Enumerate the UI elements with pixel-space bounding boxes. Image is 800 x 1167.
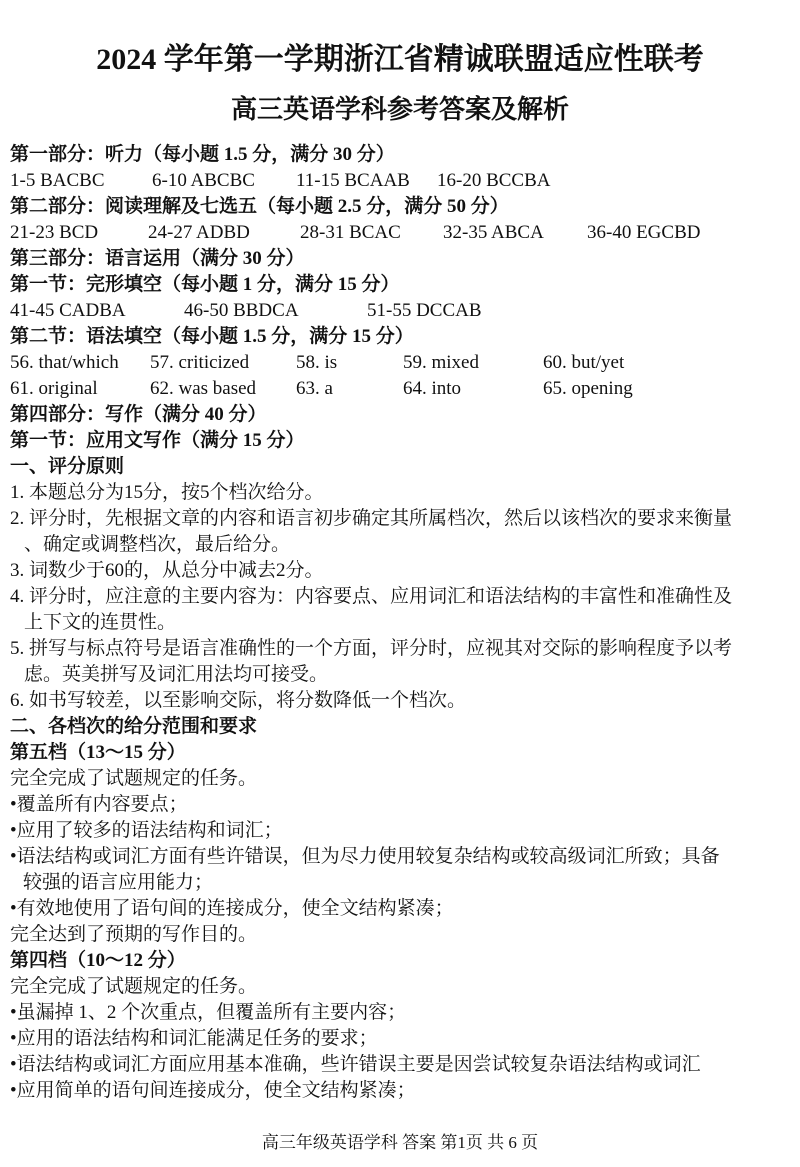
answer-group: 16-20 BCCBA xyxy=(437,168,551,194)
answer-item: 57. criticized xyxy=(150,350,296,376)
answer-group: 41-45 CADBA xyxy=(10,298,184,324)
part1-header: 第一部分：听力（每小题 1.5 分，满分 30 分） xyxy=(10,142,790,168)
grammar-answers-row-2: 61. original62. was based63. a64. into65… xyxy=(10,376,790,402)
band5-intro: 完全完成了试题规定的任务。 xyxy=(10,766,790,792)
part4-section1-header: 第一节：应用文写作（满分 15 分） xyxy=(10,428,790,454)
document-body: 第一部分：听力（每小题 1.5 分，满分 30 分） 1-5 BACBC6-10… xyxy=(0,142,800,1104)
part1-answers-row: 1-5 BACBC6-10 ABCBC11-15 BCAAB16-20 BCCB… xyxy=(10,168,790,194)
bullet-text: 语法结构或词汇方面有些许错误，但为尽力使用较复杂结构或较高级词汇所致；具备 xyxy=(17,846,720,867)
scoring-line: 1. 本题总分为15分，按5个档次给分。 xyxy=(10,480,790,506)
answer-group: 6-10 ABCBC xyxy=(152,168,296,194)
band4-bullet-line: •语法结构或词汇方面应用基本准确，些许错误主要是因尝试较复杂语法结构或词汇 xyxy=(10,1052,790,1078)
page-subtitle: 高三英语学科参考答案及解析 xyxy=(0,94,800,126)
scoring-line: 2. 评分时，先根据文章的内容和语言初步确定其所属档次，然后以该档次的要求来衡量 xyxy=(10,506,790,532)
band5-bullet-line: •有效地使用了语句间的连接成分，使全文结构紧凑； xyxy=(10,896,790,922)
scoring-principles-heading: 一、评分原则 xyxy=(10,454,790,480)
bullet-icon: • xyxy=(10,1028,17,1049)
grade-bands-heading: 二、各档次的给分范围和要求 xyxy=(10,714,790,740)
band5-bullet-continuation: 较强的语言应用能力； xyxy=(10,870,790,896)
bullet-icon: • xyxy=(10,898,17,919)
band4-bullet-line: •应用简单的语句间连接成分，使全文结构紧凑； xyxy=(10,1078,790,1104)
part2-answers-row: 21-23 BCD24-27 ADBD28-31 BCAC32-35 ABCA3… xyxy=(10,220,790,246)
answer-sheet-page: 2024 学年第一学期浙江省精诚联盟适应性联考 高三英语学科参考答案及解析 第一… xyxy=(0,0,800,1167)
bullet-text: 有效地使用了语句间的连接成分，使全文结构紧凑； xyxy=(17,898,454,919)
scoring-line: 4. 评分时，应注意的主要内容为：内容要点、应用词汇和语法结构的丰富性和准确性及 xyxy=(10,584,790,610)
part3-section1-answers-row: 41-45 CADBA46-50 BBDCA51-55 DCCAB xyxy=(10,298,790,324)
answer-group: 28-31 BCAC xyxy=(300,220,443,246)
bullet-text: 应用的语法结构和词汇能满足任务的要求； xyxy=(17,1028,378,1049)
band4-intro: 完全完成了试题规定的任务。 xyxy=(10,974,790,1000)
part3-section1-header: 第一节：完形填空（每小题 1 分，满分 15 分） xyxy=(10,272,790,298)
band5-bullet-line: •语法结构或词汇方面有些许错误，但为尽力使用较复杂结构或较高级词汇所致；具备 xyxy=(10,844,790,870)
band5-bullet-line: •覆盖所有内容要点； xyxy=(10,792,790,818)
bullet-text: 应用了较多的语法结构和词汇； xyxy=(17,820,283,841)
bullet-text: 覆盖所有内容要点； xyxy=(17,794,188,815)
band4-bullet-line: •应用的语法结构和词汇能满足任务的要求； xyxy=(10,1026,790,1052)
band5-outro: 完全达到了预期的写作目的。 xyxy=(10,922,790,948)
bullet-text: 虽漏掉 1、2 个次重点，但覆盖所有主要内容； xyxy=(17,1002,407,1023)
scoring-line-continuation: 上下文的连贯性。 xyxy=(10,610,790,636)
answer-item: 60. but/yet xyxy=(543,350,624,376)
scoring-line-continuation: 、确定或调整档次，最后给分。 xyxy=(10,532,790,558)
answer-group: 21-23 BCD xyxy=(10,220,148,246)
bullet-text: 语法结构或词汇方面应用基本准确，些许错误主要是因尝试较复杂语法结构或词汇 xyxy=(17,1054,701,1075)
band5-title: 第五档（13～15 分） xyxy=(10,740,790,766)
answer-group: 1-5 BACBC xyxy=(10,168,152,194)
page-footer: 高三年级英语学科 答案 第1页 共 6 页 xyxy=(0,1128,800,1153)
scoring-line: 6. 如书写较差，以至影响交际，将分数降低一个档次。 xyxy=(10,688,790,714)
answer-group: 36-40 EGCBD xyxy=(587,220,700,246)
part2-header: 第二部分：阅读理解及七选五（每小题 2.5 分，满分 50 分） xyxy=(10,194,790,220)
bullet-icon: • xyxy=(10,1080,17,1101)
answer-item: 58. is xyxy=(296,350,403,376)
part4-header: 第四部分：写作（满分 40 分） xyxy=(10,402,790,428)
scoring-line: 5. 拼写与标点符号是语言准确性的一个方面，评分时，应视其对交际的影响程度予以考 xyxy=(10,636,790,662)
answer-group: 46-50 BBDCA xyxy=(184,298,367,324)
grammar-answers-row-1: 56. that/which57. criticized58. is59. mi… xyxy=(10,350,790,376)
bullet-icon: • xyxy=(10,820,17,841)
bullet-icon: • xyxy=(10,846,17,867)
answer-group: 51-55 DCCAB xyxy=(367,298,482,324)
part3-section2-header: 第二节：语法填空（每小题 1.5 分，满分 15 分） xyxy=(10,324,790,350)
answer-group: 24-27 ADBD xyxy=(148,220,300,246)
bullet-icon: • xyxy=(10,1002,17,1023)
answer-item: 56. that/which xyxy=(10,350,150,376)
bullet-icon: • xyxy=(10,1054,17,1075)
answer-item: 63. a xyxy=(296,376,403,402)
scoring-line: 3. 词数少于60的，从总分中减去2分。 xyxy=(10,558,790,584)
page-title: 2024 学年第一学期浙江省精诚联盟适应性联考 xyxy=(0,42,800,78)
answer-item: 59. mixed xyxy=(403,350,543,376)
answer-item: 61. original xyxy=(10,376,150,402)
band5-bullet-line: •应用了较多的语法结构和词汇； xyxy=(10,818,790,844)
answer-item: 62. was based xyxy=(150,376,296,402)
answer-item: 65. opening xyxy=(543,376,633,402)
answer-item: 64. into xyxy=(403,376,543,402)
bullet-icon: • xyxy=(10,794,17,815)
answer-group: 32-35 ABCA xyxy=(443,220,587,246)
answer-group: 11-15 BCAAB xyxy=(296,168,437,194)
band4-title: 第四档（10～12 分） xyxy=(10,948,790,974)
band4-bullet-line: •虽漏掉 1、2 个次重点，但覆盖所有主要内容； xyxy=(10,1000,790,1026)
scoring-line-continuation: 虑。英美拼写及词汇用法均可接受。 xyxy=(10,662,790,688)
part3-header: 第三部分：语言运用（满分 30 分） xyxy=(10,246,790,272)
bullet-text: 应用简单的语句间连接成分，使全文结构紧凑； xyxy=(17,1080,416,1101)
